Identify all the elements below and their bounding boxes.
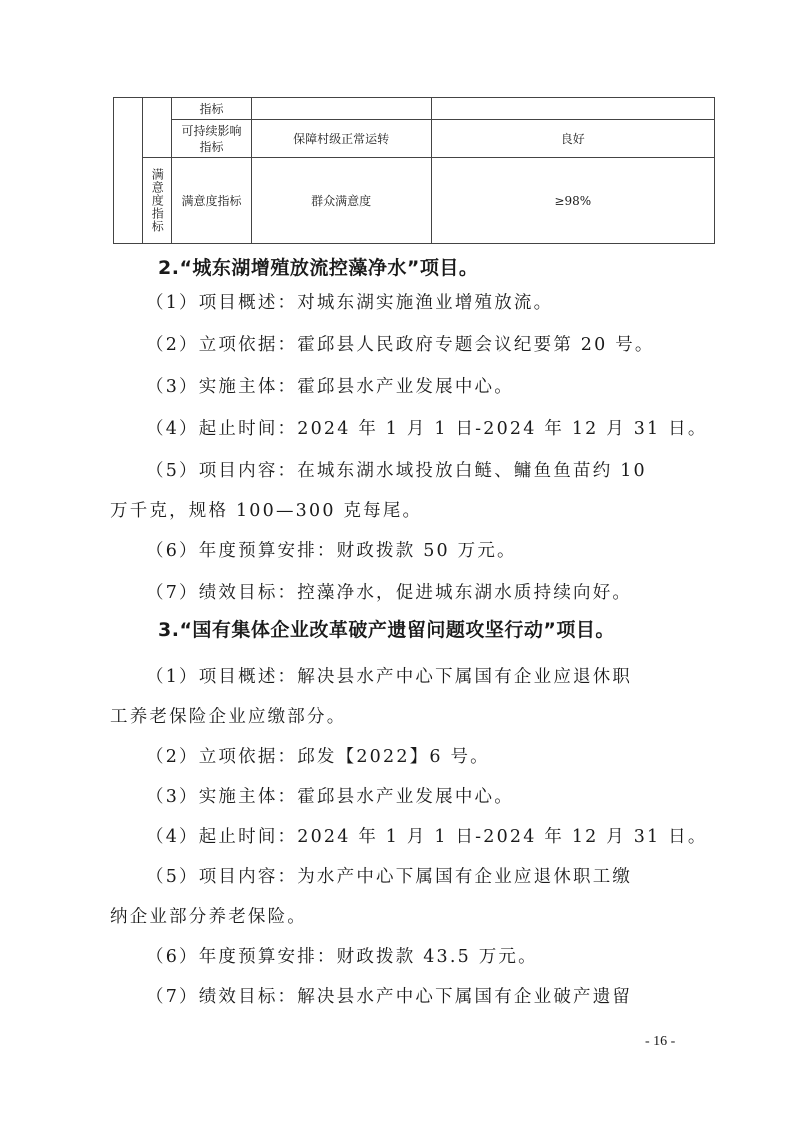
section-3-item-continuation: 工养老保险企业应缴部分。: [110, 706, 346, 728]
section-3-item: （6）年度预算安排：财政拨款 43.5 万元。: [146, 946, 538, 968]
table-cell-item: 保障村级正常运转: [251, 120, 431, 158]
table-cell-item: [251, 98, 431, 120]
section-2-item: （7）绩效目标：控藻净水，促进城东湖水质持续向好。: [146, 582, 632, 604]
section-2-item: （4）起止时间：2024 年 1 月 1 日-2024 年 12 月 31 日。: [146, 418, 708, 440]
section-3-item: （2）立项依据：邱发【2022】6 号。: [146, 746, 490, 768]
table-cell-indicator: 满意度指标: [172, 158, 251, 244]
section-3-item: （1）项目概述：解决县水产中心下属国有企业应退休职: [146, 666, 632, 688]
table-cell-target: 良好: [431, 120, 714, 158]
section-3-item-continuation: 纳企业部分养老保险。: [110, 906, 307, 928]
page-number: - 16 -: [645, 1034, 675, 1050]
table-cell-subcategory: 满意度指标: [143, 158, 172, 244]
table-row: 指标: [114, 98, 715, 120]
table-cell-category: [114, 98, 143, 244]
table-cell-target: [431, 98, 714, 120]
section-3-item: （3）实施主体：霍邱县水产业发展中心。: [146, 786, 514, 808]
table-cell-indicator: 指标: [172, 98, 251, 120]
indicator-label: 满意度指标: [180, 193, 242, 209]
section-2-item: （2）立项依据：霍邱县人民政府专题会议纪要第 20 号。: [146, 334, 655, 356]
section-3-item: （5）项目内容：为水产中心下属国有企业应退休职工缴: [146, 866, 632, 888]
section-3-heading: 3.“国有集体企业改革破产遗留问题攻坚行动”项目。: [158, 618, 615, 642]
section-2-item: （3）实施主体：霍邱县水产业发展中心。: [146, 376, 514, 398]
section-2-item: （5）项目内容：在城东湖水域投放白鲢、鳙鱼鱼苗约 10: [146, 460, 647, 482]
table-row: 可持续影响指标 保障村级正常运转 良好: [114, 120, 715, 158]
section-2-item-continuation: 万千克，规格 100—300 克每尾。: [110, 500, 422, 522]
section-2-heading: 2.“城东湖增殖放流控藻净水”项目。: [158, 256, 478, 280]
section-2-item: （1）项目概述：对城东湖实施渔业增殖放流。: [146, 292, 553, 314]
performance-indicator-table: 指标 可持续影响指标 保障村级正常运转 良好 满意度指标 满意度指标 群众满意度…: [113, 97, 715, 244]
table-cell-indicator: 可持续影响指标: [172, 120, 251, 158]
subcategory-label: 满意度指标: [149, 168, 165, 233]
table-cell-item: 群众满意度: [251, 158, 431, 244]
section-3-item: （4）起止时间：2024 年 1 月 1 日-2024 年 12 月 31 日。: [146, 826, 708, 848]
table-row: 满意度指标 满意度指标 群众满意度 ≥98%: [114, 158, 715, 244]
section-2-item: （6）年度预算安排：财政拨款 50 万元。: [146, 540, 517, 562]
indicator-label: 可持续影响指标: [181, 123, 241, 155]
section-3-item: （7）绩效目标：解决县水产中心下属国有企业破产遗留: [146, 986, 632, 1008]
table-cell-target: ≥98%: [431, 158, 714, 244]
table-cell-subcategory: [143, 98, 172, 158]
